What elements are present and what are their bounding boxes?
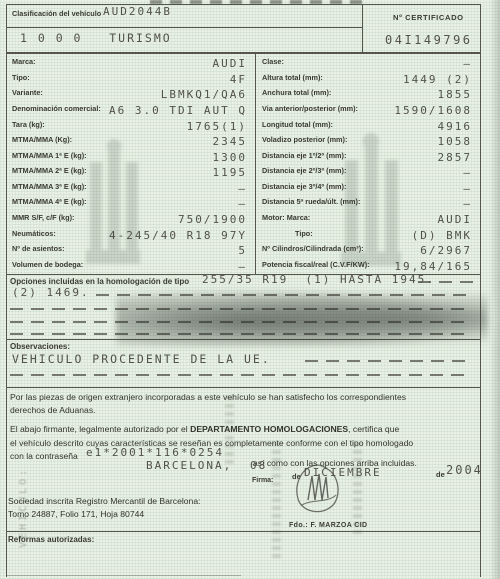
field-eje12: Distancia eje 1º/2º (mm):2857 xyxy=(257,147,479,163)
options-header: Opciones incluidas en la homologación de… xyxy=(10,277,189,286)
date-city-typed: BARCELONA, xyxy=(146,459,232,472)
field-tipo: Tipo:4F xyxy=(7,70,254,86)
field-potencia: Potencia fiscal/real (C.V.F/KW):19,84/16… xyxy=(257,257,479,273)
field-via: Via anterior/posterior (mm):1590/1608 xyxy=(257,101,479,117)
field-mtma-4e: MTMA/MMA 4ª E (kg):— xyxy=(7,194,254,210)
classification-overlay-typed: AUD2044B xyxy=(103,5,172,18)
classification-label: Clasificación del vehículo xyxy=(12,9,101,18)
observations-dash-2 xyxy=(10,374,472,376)
type-approval-code-typed: e1*2001*116*0254 xyxy=(86,446,224,459)
field-bodega: Volumen de bodega:— xyxy=(7,257,254,273)
field-denominacion: Denominación comercial:A6 3.0 TDI AUT Q xyxy=(7,101,254,117)
field-clase: Clase:— xyxy=(257,54,479,70)
options-typed-line1: 255/35 R19 (1) HASTA 1945. xyxy=(202,273,435,286)
options-dash-row-4 xyxy=(10,333,472,335)
field-voladizo: Voladizo posterior (mm):1058 xyxy=(257,132,479,148)
cert-text-line2: derechos de Aduanas. xyxy=(10,405,96,415)
options-dash-row-2 xyxy=(10,308,472,310)
rotated-stamp-text: VEHICULO: xyxy=(18,467,29,548)
field-mtma-1e: MTMA/MMA 1ª E (kg):1300 xyxy=(7,147,254,163)
date-month-typed: DICIEMBRE xyxy=(304,466,382,479)
cert-text-line5: con la contraseña xyxy=(10,451,78,461)
field-tara: Tara (kg):1765(1) xyxy=(7,116,254,132)
field-mmr: MMR S/F, c/F (kg):750/1900 xyxy=(7,210,254,226)
observations-value: VEHICULO PROCEDENTE DE LA UE. xyxy=(12,352,271,366)
field-mtma-2e: MTMA/MMA 2ª E (kg):1195 xyxy=(7,163,254,179)
field-altura: Altura total (mm):1449 (2) xyxy=(257,70,479,86)
frame-right-line xyxy=(480,4,481,577)
bottom-partial-line xyxy=(6,575,241,576)
department-name: DEPARTAMENTO HOMOLOGACIONES xyxy=(190,424,348,434)
signed-by-label: Fdo.: F. MARZOA CID xyxy=(289,522,368,529)
field-longitud: Longitud total (mm):4916 xyxy=(257,116,479,132)
ink-smear-band xyxy=(116,290,488,346)
classification-value: 1 0 0 0 TURISMO xyxy=(20,31,172,45)
field-value: AUDI xyxy=(213,57,248,70)
field-eje34: Distancia eje 3º/4º (mm):— xyxy=(257,179,479,195)
certificate-cell-divider xyxy=(362,4,363,52)
field-eje23: Distancia eje 2º/3º (mm):— xyxy=(257,163,479,179)
date-day-typed: 08 xyxy=(250,459,267,472)
field-motor-tipo: Tipo:(D) BMK xyxy=(257,225,479,241)
field-marca: Marca:AUDI xyxy=(7,54,254,70)
firma-label: Firma: xyxy=(252,477,273,484)
field-neumaticos: Neumáticos:4-245/40 R18 97Y xyxy=(7,225,254,241)
vehicle-homologation-certificate: Clasificación del vehículo AUD2044B 1 0 … xyxy=(0,0,500,579)
date-year-typed: 2004 xyxy=(446,463,483,477)
top-edge-clipped-text-artifact xyxy=(150,0,365,4)
field-quinta-rueda: Distancia 5ª rueda/últ. (mm):— xyxy=(257,194,479,210)
field-label: Marca: xyxy=(12,57,36,66)
options-typed-line2: (2) 1469. xyxy=(12,286,90,299)
field-motor-marca: Motor: Marca:AUDI xyxy=(257,210,479,226)
options-line1-dashes xyxy=(418,281,474,283)
scan-edge-shadow xyxy=(490,0,500,579)
date-de1-label: de xyxy=(292,472,301,481)
field-cilindrada: Nº Cilindros/Cilindrada (cm³):6/2967 xyxy=(257,241,479,257)
observations-label: Observaciones: xyxy=(10,342,70,351)
reforms-top-line xyxy=(6,531,481,532)
classification-divider-line xyxy=(6,27,362,28)
observations-dash-1 xyxy=(305,360,472,362)
date-de2-label: de xyxy=(436,470,445,479)
options-dash-row-3 xyxy=(10,321,472,323)
options-dash-row-1 xyxy=(96,294,472,296)
right-spec-column: Clase:— Altura total (mm):1449 (2) Anchu… xyxy=(257,54,479,272)
carbon-bleed-column-3 xyxy=(353,438,362,534)
observations-top-line xyxy=(6,339,481,340)
certificate-number-label: Nº CERTIFICADO xyxy=(393,13,464,22)
left-spec-column: Marca:AUDI Tipo:4F Variante:LBMKQ1/QA6 D… xyxy=(7,54,254,272)
frame-top-line xyxy=(6,4,481,5)
cert-text-line3: El abajo firmante, legalmente autorizado… xyxy=(10,424,399,434)
field-variante: Variante:LBMKQ1/QA6 xyxy=(7,85,254,101)
cert-text-line1: Por las piezas de origen extranjero inco… xyxy=(10,392,406,402)
field-mtma-3e: MTMA/MMA 3ª E (kg):— xyxy=(7,179,254,195)
field-asientos: Nº de asientos:5 xyxy=(7,241,254,257)
field-mtma: MTMA/MMA (Kg):2345 xyxy=(7,132,254,148)
registry-line1: Sociedad inscrita Registro Mercantil de … xyxy=(8,496,201,506)
paragraph-top-line xyxy=(6,387,481,388)
certificate-number-value: 04I149796 xyxy=(385,33,473,47)
field-anchura: Anchura total (mm):1855 xyxy=(257,85,479,101)
